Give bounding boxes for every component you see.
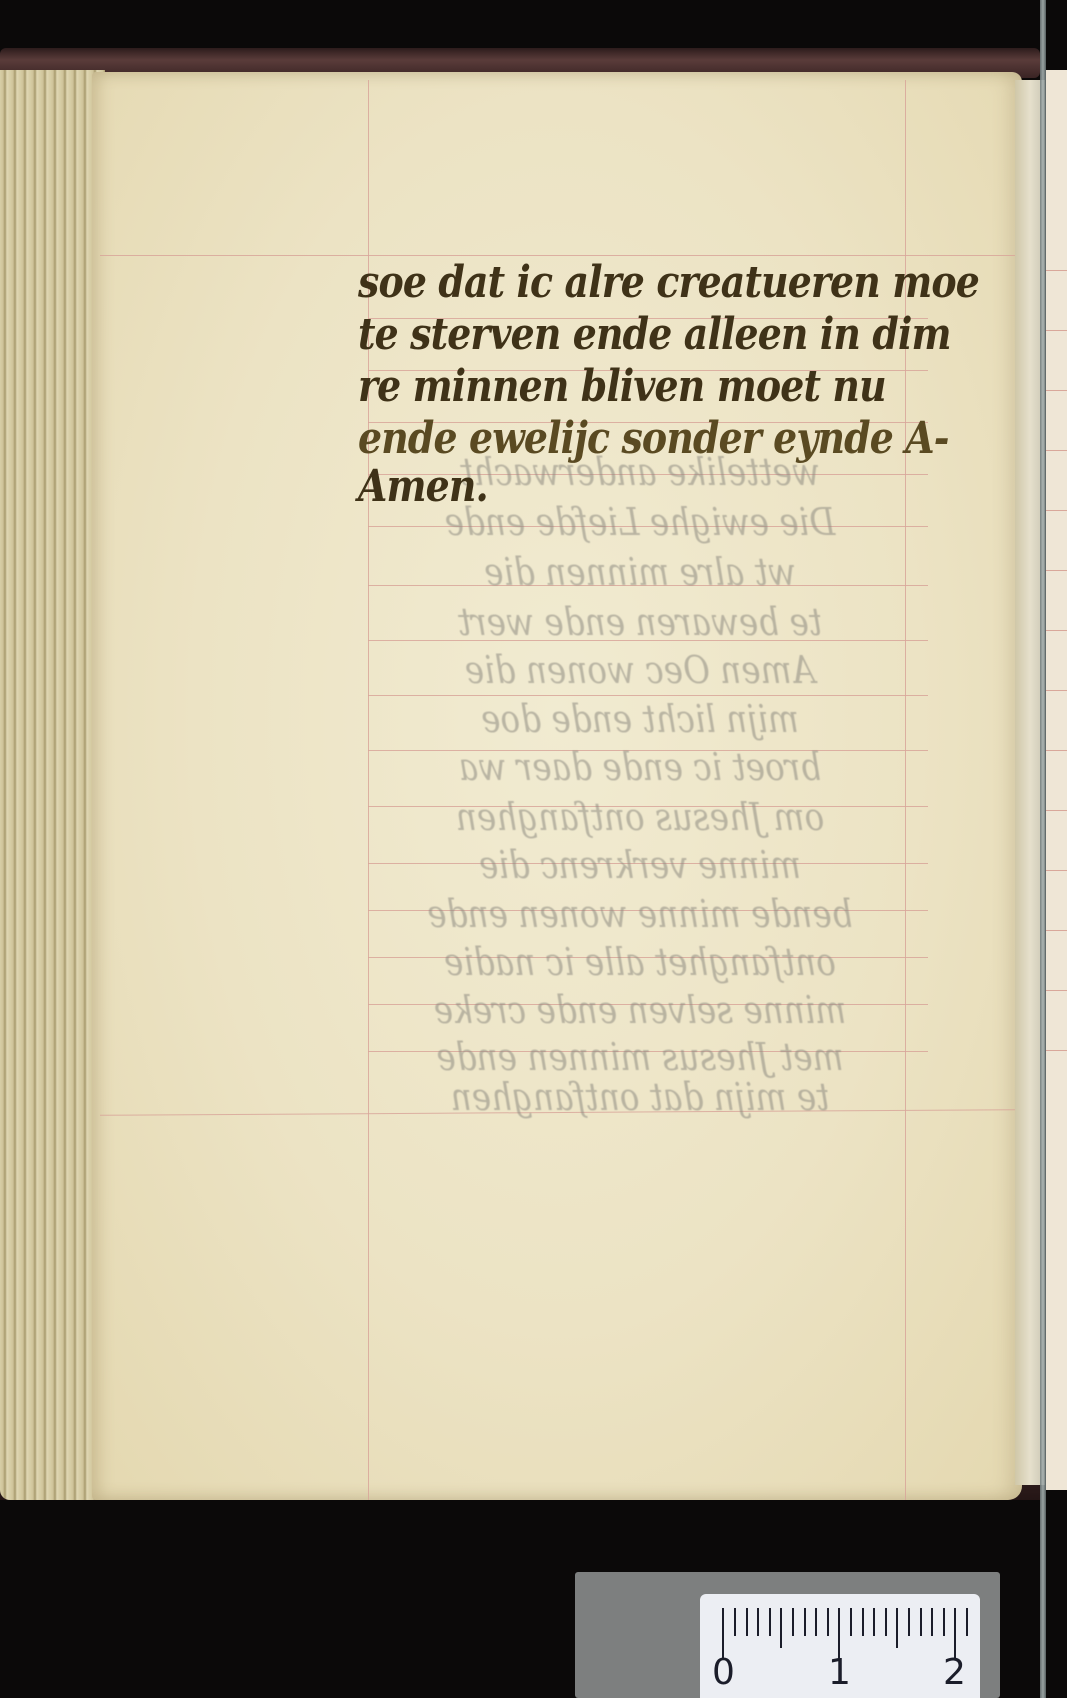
manuscript-text-line: Amen.: [358, 462, 488, 512]
manuscript-text-line: ende ewelijc sonder eynde A-: [358, 414, 949, 464]
bleed-through-line: ontfanghet alle ic nadie: [399, 940, 881, 984]
bleed-through-line: minne selven ende creke: [399, 988, 881, 1032]
ruler-label-0: 0: [712, 1652, 735, 1693]
glass-plate-edge: [1040, 0, 1046, 1698]
manuscript-text-line: re minnen bliven moet nu: [358, 362, 886, 412]
bleed-through-line: Amen Oec wonen die: [399, 648, 881, 692]
bleed-through-line: met Jhesus minnen ende: [399, 1035, 881, 1079]
bleed-through-line: bende minne wonen ende: [399, 892, 881, 936]
scale-ruler: 0 1 2: [700, 1594, 980, 1698]
text-rule: [368, 695, 928, 696]
facing-page-edge: [1046, 70, 1067, 1490]
ruler-label-2: 2: [943, 1652, 966, 1693]
bleed-through-line: broet ic ende daer wa: [399, 745, 881, 789]
ruling-top-line: [100, 255, 1020, 256]
bleed-through-line: om Jhesus ontfanghen: [399, 795, 881, 839]
bleed-through-line: te mijn dat ontfanghen: [399, 1075, 881, 1119]
ruler-label-1: 1: [828, 1652, 851, 1693]
bleed-through-line: wt alre minnen die: [399, 550, 881, 594]
bleed-through-line: te bewaren ende wert: [399, 600, 881, 644]
bleed-through-line: minne verkrenc die: [399, 843, 881, 887]
manuscript-text-line: soe dat ic alre creatueren moe: [358, 258, 979, 308]
page-edges-stack: [0, 70, 105, 1500]
bleed-through-line: mijn licht ende doe: [399, 697, 881, 741]
manuscript-text-line: te sterven ende alleen in dim: [358, 310, 951, 360]
